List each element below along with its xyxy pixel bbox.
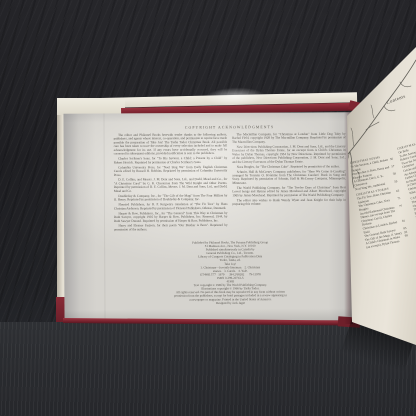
acknowledgment-paragraph: Schmitt, Hall & McCreary Company, publis… xyxy=(232,170,346,186)
dust-jacket-top-left-corner xyxy=(57,98,125,115)
acknowledgment-paragraph: The editor and Philomel Books herewith t… xyxy=(114,133,228,156)
acknowledgment-paragraph: The Macmillan Company, for "Christmas at… xyxy=(232,132,346,144)
acknowledgment-paragraph: Doubleday & Company, Inc., for "The Gift… xyxy=(114,194,228,202)
acknowledgment-paragraph: Charles Scribner's Sons, for "To His Sav… xyxy=(114,157,228,165)
acknowledgment-paragraph: Harry and Eleanor Farjeon, for their poe… xyxy=(114,224,228,232)
copyright-page: COPYRIGHT ACKNOWLEDGMENTS The editor and… xyxy=(63,112,352,322)
acknowledgment-paragraph: Nora Beagles, for "The Christmas Cake". … xyxy=(232,165,346,169)
imprint-line: Designed by Jack Jaget xyxy=(114,301,346,306)
acknowledgment-paragraph: The World Publishing Company, for "The T… xyxy=(232,186,346,198)
acknowledgment-paragraph: The editor also wishes to thank Wendy Wy… xyxy=(232,198,346,206)
jacket-flap-shadow-line xyxy=(103,114,105,322)
contents-entry-page-number: 99 xyxy=(405,234,409,242)
acknowledgment-paragraph: Harper & Row, Publishers, Inc., for "The… xyxy=(114,211,228,223)
acknowledgment-paragraph: New Directions Publishing Corporation, J… xyxy=(232,145,346,164)
imprint-block: Published by Philomel Books, The Putnam … xyxy=(114,240,346,305)
acknowledgment-paragraph: Columbia University Press, for "Noel Sin… xyxy=(114,165,228,177)
page-title: COPYRIGHT ACKNOWLEDGMENTS xyxy=(114,124,346,130)
photo-open-book: COPYRIGHT ACKNOWLEDGMENTS The editor and… xyxy=(0,0,416,416)
acknowledgment-paragraph: D. E. Collins, and Messrs. J. M. Dent an… xyxy=(114,178,228,194)
acknowledgments-text-block: COPYRIGHT ACKNOWLEDGMENTS The editor and… xyxy=(114,124,347,235)
acknowledgment-paragraph: Flensted Publishers, for R. P. Keigwin's… xyxy=(114,202,228,210)
contents-entry-page-number: 59 xyxy=(394,180,398,184)
acknowledgment-columns: The editor and Philomel Books herewith t… xyxy=(114,132,347,235)
contents-column-left-list: CHRISTMAS POEMSTo His Saviour, a Child, … xyxy=(350,154,409,250)
